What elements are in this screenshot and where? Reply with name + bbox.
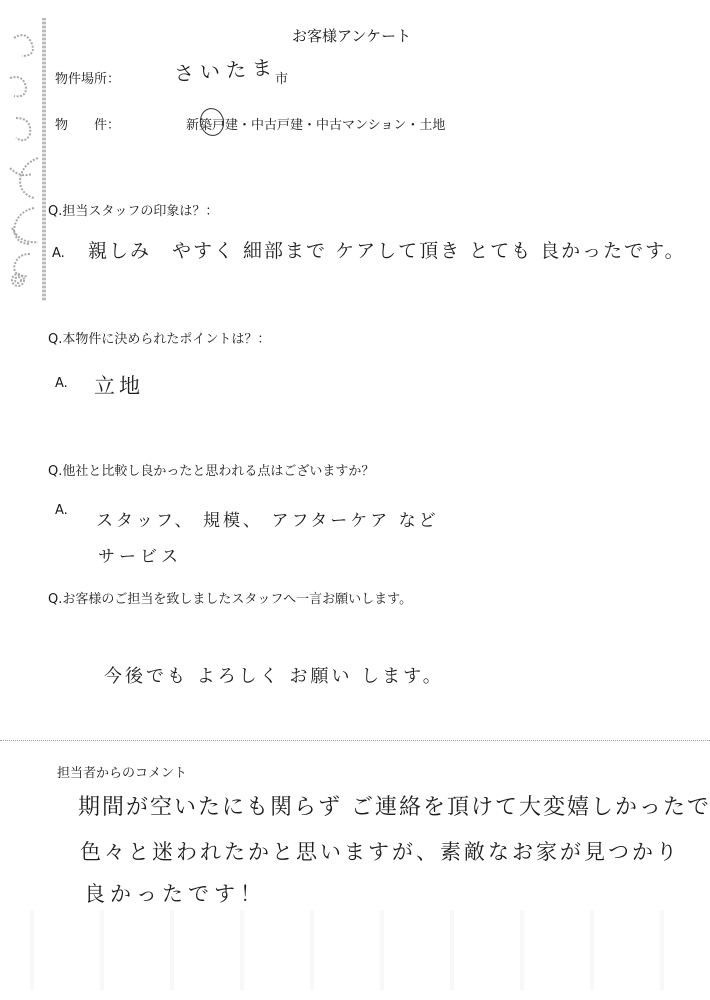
question-1: Q.担当スタッフの印象は？：: [48, 200, 218, 219]
answer-3-handwritten-line-2: サービス: [98, 542, 182, 567]
answer-3-label: A.: [55, 503, 68, 518]
ornament-border-line: [42, 18, 46, 301]
section-divider: [0, 740, 710, 741]
location-handwritten-value: さいたま: [173, 51, 279, 87]
answer-1-label: A.: [52, 246, 65, 261]
question-4: Q.お客様のご担当を致しましたスタッフへ一言お願いします。: [48, 588, 412, 607]
location-suffix: 市: [275, 68, 288, 87]
answer-2-label: A.: [55, 376, 68, 391]
answer-3-handwritten-line-1: スタッフ、 規模、 アフターケア など: [96, 506, 439, 531]
location-label: 物件場所：: [55, 68, 120, 87]
question-3: Q.他社と比較し良かったと思われる点はございますか？: [48, 460, 374, 479]
scan-artifacts: [0, 910, 710, 990]
answer-2-handwritten: 立地: [94, 370, 144, 400]
answer-1-handwritten: 親しみ やすく 細部まで ケアして頂き とても 良かったです。: [88, 236, 686, 263]
staff-comment-label: 担当者からのコメント: [57, 762, 187, 781]
page-title: お客様アンケート: [292, 25, 411, 46]
property-type-options: 新築戸建・中古戸建・中古マンション・土地: [186, 114, 445, 133]
staff-comment-line-1: 期間が空いたにも関らず ご連絡を頂けて大変嬉しかったです。: [78, 790, 710, 821]
question-2: Q.本物件に決められたポイントは？：: [48, 328, 270, 347]
staff-comment-line-3: 良かったです！: [84, 878, 266, 908]
decorative-swirl-ornament: [4, 18, 44, 301]
staff-comment-line-2: 色々と迷われたかと思いますが、素敵なお家が見つかり: [80, 836, 680, 866]
property-type-label: 物 件：: [55, 114, 120, 133]
answer-4-handwritten: 今後でも よろしく お願い します。: [104, 662, 444, 688]
selected-circle-mark: [197, 106, 226, 138]
